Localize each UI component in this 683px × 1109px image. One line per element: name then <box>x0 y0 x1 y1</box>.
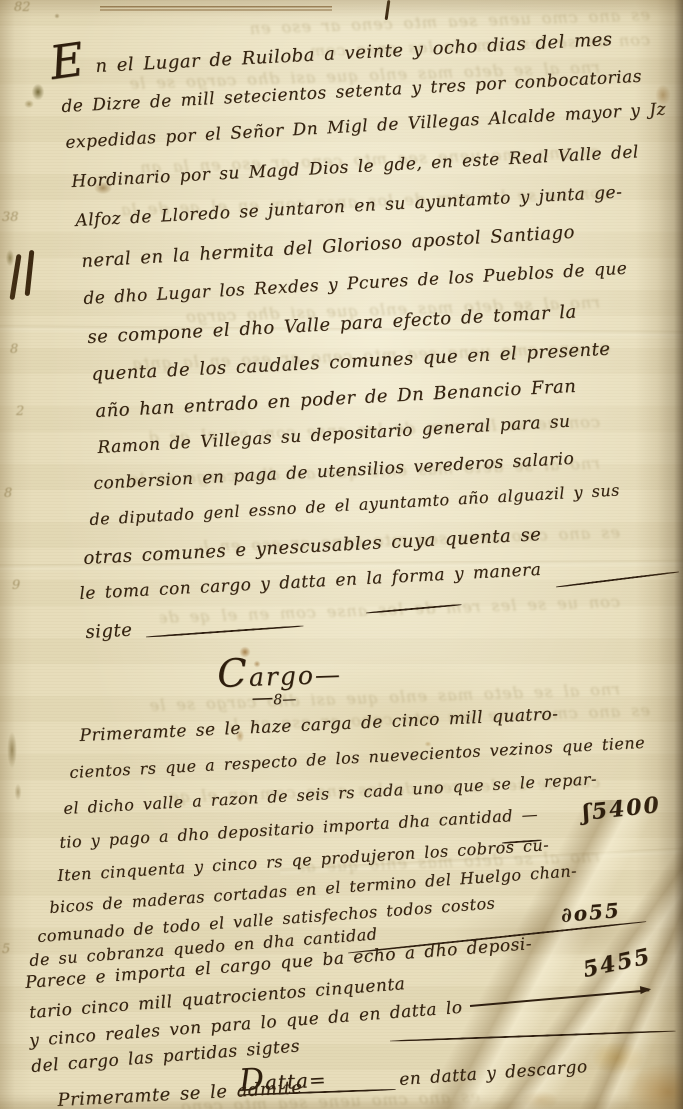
manuscript-page: es ano cmo uene sea mto ceno ar eso en l… <box>0 0 683 1109</box>
amount-value: 5455 <box>581 943 654 983</box>
top-ink-tick <box>385 0 390 20</box>
margin-number-faint: 2 <box>16 404 24 419</box>
margin-tally-stroke <box>9 254 21 300</box>
manuscript-line: Hordinario por su Magd Dios le gde, en e… <box>71 142 639 192</box>
flourish-stroke <box>366 604 462 614</box>
flourish-stroke <box>390 1030 676 1042</box>
top-margin-rule <box>100 6 332 11</box>
amount-value: ∂o55 <box>560 898 622 927</box>
drop-cap-initial: E <box>46 32 87 90</box>
manuscript-line: Primeramte se le admite <box>57 1077 303 1109</box>
margin-number-faint: 5 <box>2 942 10 957</box>
margin-number-faint: 8 <box>10 342 18 357</box>
margin-number-faint: 38 <box>2 210 19 225</box>
manuscript-line: otras comunes e ynescusables cuya quenta… <box>83 524 542 569</box>
folio-number-faint: 82 <box>14 0 31 15</box>
margin-number-faint: 8 <box>4 486 12 501</box>
cargo-heading-flourish: —8— <box>251 684 296 711</box>
manuscript-line: Primeramte se le haze carga de cinco mil… <box>79 704 559 746</box>
flourish-stroke <box>556 571 679 588</box>
manuscript-line: neral en la hermita del Glorioso apostol… <box>81 222 576 272</box>
flourish-stroke <box>146 625 304 638</box>
manuscript-line: n el Lugar de Ruiloba a veinte y ocho di… <box>95 29 613 77</box>
amount-value: ʃ5400 <box>581 792 662 826</box>
manuscript-line: Ramon de Villegas su depositario general… <box>97 412 571 458</box>
manuscript-line: le toma con cargo y datta en la forma y … <box>79 560 542 604</box>
arrow-stroke <box>470 989 649 1007</box>
manuscript-line: en datta y descargo <box>399 1057 589 1090</box>
margin-number-faint: 9 <box>12 578 20 593</box>
manuscript-line: sigte <box>85 620 133 643</box>
manuscript-line: se compone el dho Valle para efecto de t… <box>87 301 577 348</box>
margin-tally-stroke <box>25 250 35 296</box>
